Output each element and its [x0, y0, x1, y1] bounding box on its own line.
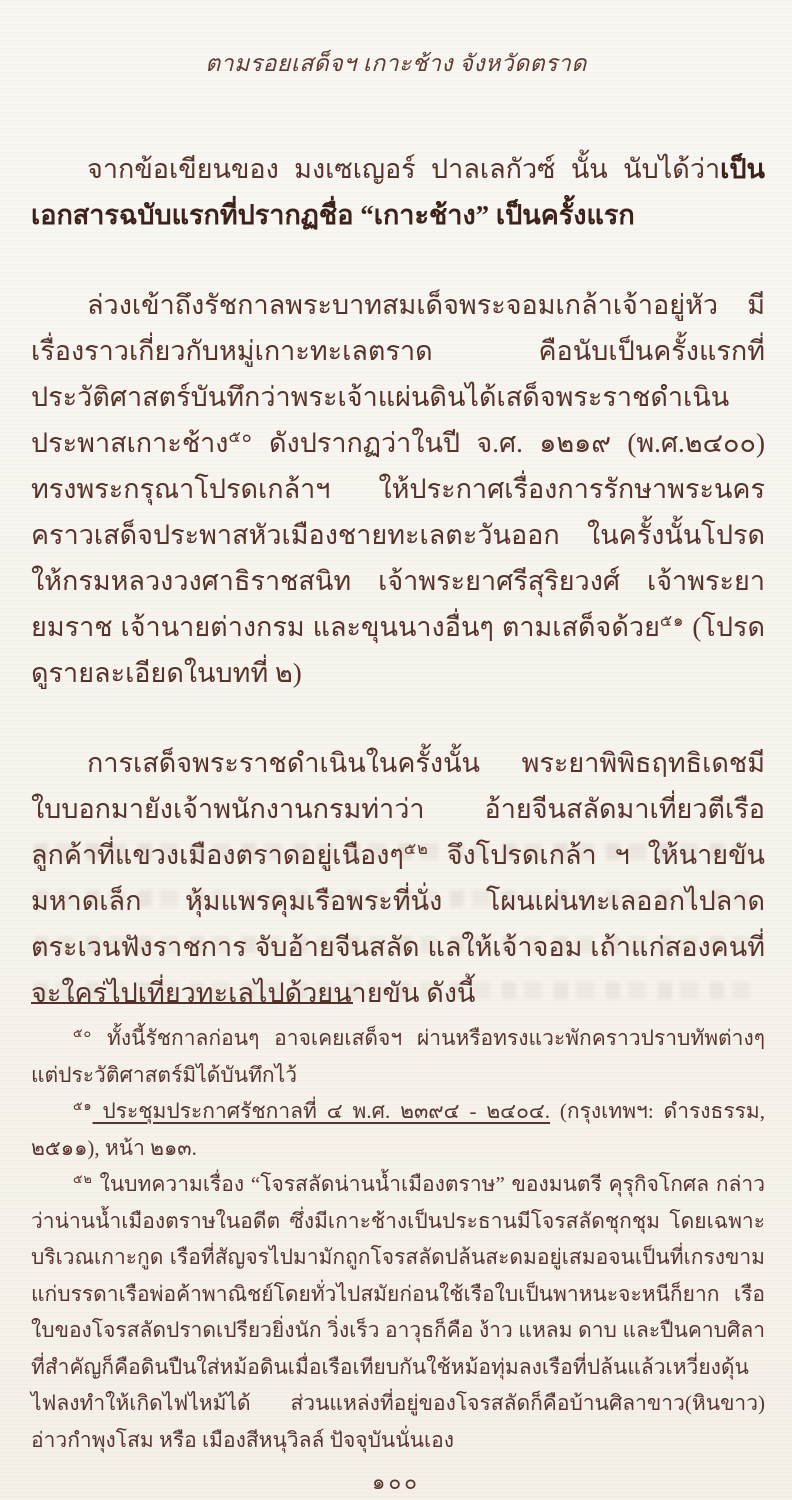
footnotes-section: ๕๐ ทั้งนี้รัชกาลก่อนๆ อาจเคยเสด็จฯ ผ่านห… [31, 1002, 765, 1458]
running-title: ตามรอยเสด็จฯ เกาะช้าง จังหวัดตราด [0, 46, 792, 82]
text-segment: ดังปรากฏว่าในปี จ.ศ. ๑๒๑๙ (พ.ศ.๒๔๐๐) ทรง… [31, 428, 765, 642]
footnote-marker: ๕๐ [73, 1026, 92, 1040]
text-segment: ในบทความเรื่อง “โจรสลัดน่านน้ำเมืองตราษ”… [31, 1172, 765, 1452]
footnote-marker: ๕๑ [73, 1099, 93, 1113]
page-number: ๑๐๐ [0, 1466, 792, 1499]
body-paragraphs: จากข้อเขียนของ มงเซเญอร์ ปาลเลกัวซ์ นั้น… [31, 146, 765, 1016]
footnote: ๕๑ ประชุมประกาศรัชกาลที่ ๔ พ.ศ. ๒๓๙๔ - ๒… [31, 1093, 765, 1166]
footnote-ref-marker: ๕๑ [660, 612, 685, 630]
text-segment: จากข้อเขียนของ มงเซเญอร์ ปาลเลกัวซ์ นั้น… [87, 154, 720, 184]
scanned-book-page: ตามรอยเสด็จฯ เกาะช้าง จังหวัดตราด จากข้อ… [0, 0, 792, 1500]
footnote-marker: ๕๒ [73, 1172, 93, 1186]
footnote-divider [31, 1002, 353, 1004]
text-segment: ประชุมประกาศรัชกาลที่ ๔ พ.ศ. ๒๓๙๔ - ๒๔๐๔… [93, 1099, 551, 1123]
footnotes-list: ๕๐ ทั้งนี้รัชกาลก่อนๆ อาจเคยเสด็จฯ ผ่านห… [31, 1020, 765, 1458]
bleed-through-text [34, 982, 762, 999]
paragraph: จากข้อเขียนของ มงเซเญอร์ ปาลเลกัวซ์ นั้น… [31, 146, 765, 238]
footnote: ๕๒ ในบทความเรื่อง “โจรสลัดน่านน้ำเมืองตร… [31, 1166, 765, 1458]
bleed-through-text [34, 890, 762, 907]
paragraph: การเสด็จพระราชดำเนินในครั้งนั้น พระยาพิพ… [31, 740, 765, 1016]
bleed-through-text [34, 843, 762, 860]
text-segment: ทั้งนี้รัชกาลก่อนๆ อาจเคยเสด็จฯ ผ่านหรือ… [31, 1026, 765, 1087]
footnote: ๕๐ ทั้งนี้รัชกาลก่อนๆ อาจเคยเสด็จฯ ผ่านห… [31, 1020, 765, 1093]
bleed-through-text [34, 936, 762, 953]
paragraph: ล่วงเข้าถึงรัชกาลพระบาทสมเด็จพระจอมเกล้า… [31, 282, 765, 696]
footnote-ref-marker: ๕๐ [229, 428, 253, 446]
